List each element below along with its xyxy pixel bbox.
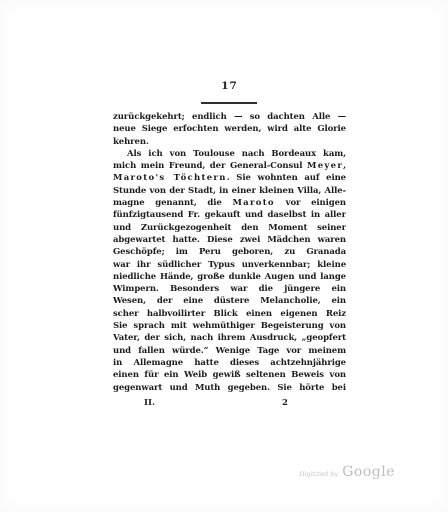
text-line: niedliche Hände, große dunkle Augen und … (113, 271, 346, 283)
emphasized-name: Maroto's Töchtern (113, 173, 227, 183)
digitized-by-label: Digitized by (300, 470, 339, 478)
text-line: und Zurückgezogenheit den Moment seiner … (113, 222, 346, 234)
emphasized-name: Maroto (232, 198, 274, 208)
text-line: und fallen würde.“ Wenige Tage vor meine… (113, 345, 346, 357)
text-line: scher halbvoilirter Blick einen eigenen … (113, 308, 346, 320)
text-line: war ihr südlicher Typus unverkennbar; kl… (113, 259, 346, 271)
text-line: einen für ein Weib gewiß seltenen Beweis… (113, 369, 346, 381)
page-number: 17 (113, 80, 346, 92)
text-line: zurückgekehrt; endlich — so dachten Alle… (113, 111, 346, 123)
emphasized-name: Meyer (307, 161, 343, 171)
text-line: neue Siege erfochten werden, wird alte G… (113, 123, 346, 135)
text-line: Geschöpfe; im Peru geboren, zu Granada e… (113, 246, 346, 258)
google-logo: Google (342, 464, 395, 480)
header-rule (201, 102, 257, 104)
text-line: fünfzigtausend Fr. gekauft und daselbst … (113, 209, 346, 221)
text-line: Sie sprach mit wehmüthiger Begeisterung … (113, 320, 346, 332)
volume-signature: II. (144, 398, 155, 408)
text-line: mich mein Freund, der General-Consul Mey… (113, 160, 346, 172)
book-page-scan: 17 zurückgekehrt; endlich — so dachten A… (0, 0, 448, 512)
footer-line: II. 2 (113, 398, 346, 411)
text-line: Wimpern. Besonders war die jüngere ein z… (113, 283, 346, 295)
text-block: zurückgekehrt; endlich — so dachten Alle… (113, 111, 346, 394)
watermark: Digitized by Google (300, 464, 395, 480)
text-line: in Allemagne hatte dieses achtzehnjährig… (113, 357, 346, 369)
text-line: Stunde von der Stadt, in einer kleinen V… (113, 185, 346, 197)
text-line: abgewartet hatte. Diese zwei Mädchen war… (113, 234, 346, 246)
text-line: gegenwart und Muth gegeben. Sie hörte be… (113, 382, 346, 394)
text-line: Wesen, der eine düstere Melancholie, ein… (113, 295, 346, 307)
sheet-signature: 2 (282, 398, 288, 408)
text-line: Vater, der sich, nach ihrem Ausdruck, „g… (113, 332, 346, 344)
text-line: Als ich von Toulouse nach Bordeaux kam, … (113, 148, 346, 160)
text-line: magne genannt, die Maroto vor einigen Mo… (113, 197, 346, 209)
text-line: kehren. (113, 136, 346, 148)
text-line: Maroto's Töchtern. Sie wohnten auf eine … (113, 172, 346, 184)
